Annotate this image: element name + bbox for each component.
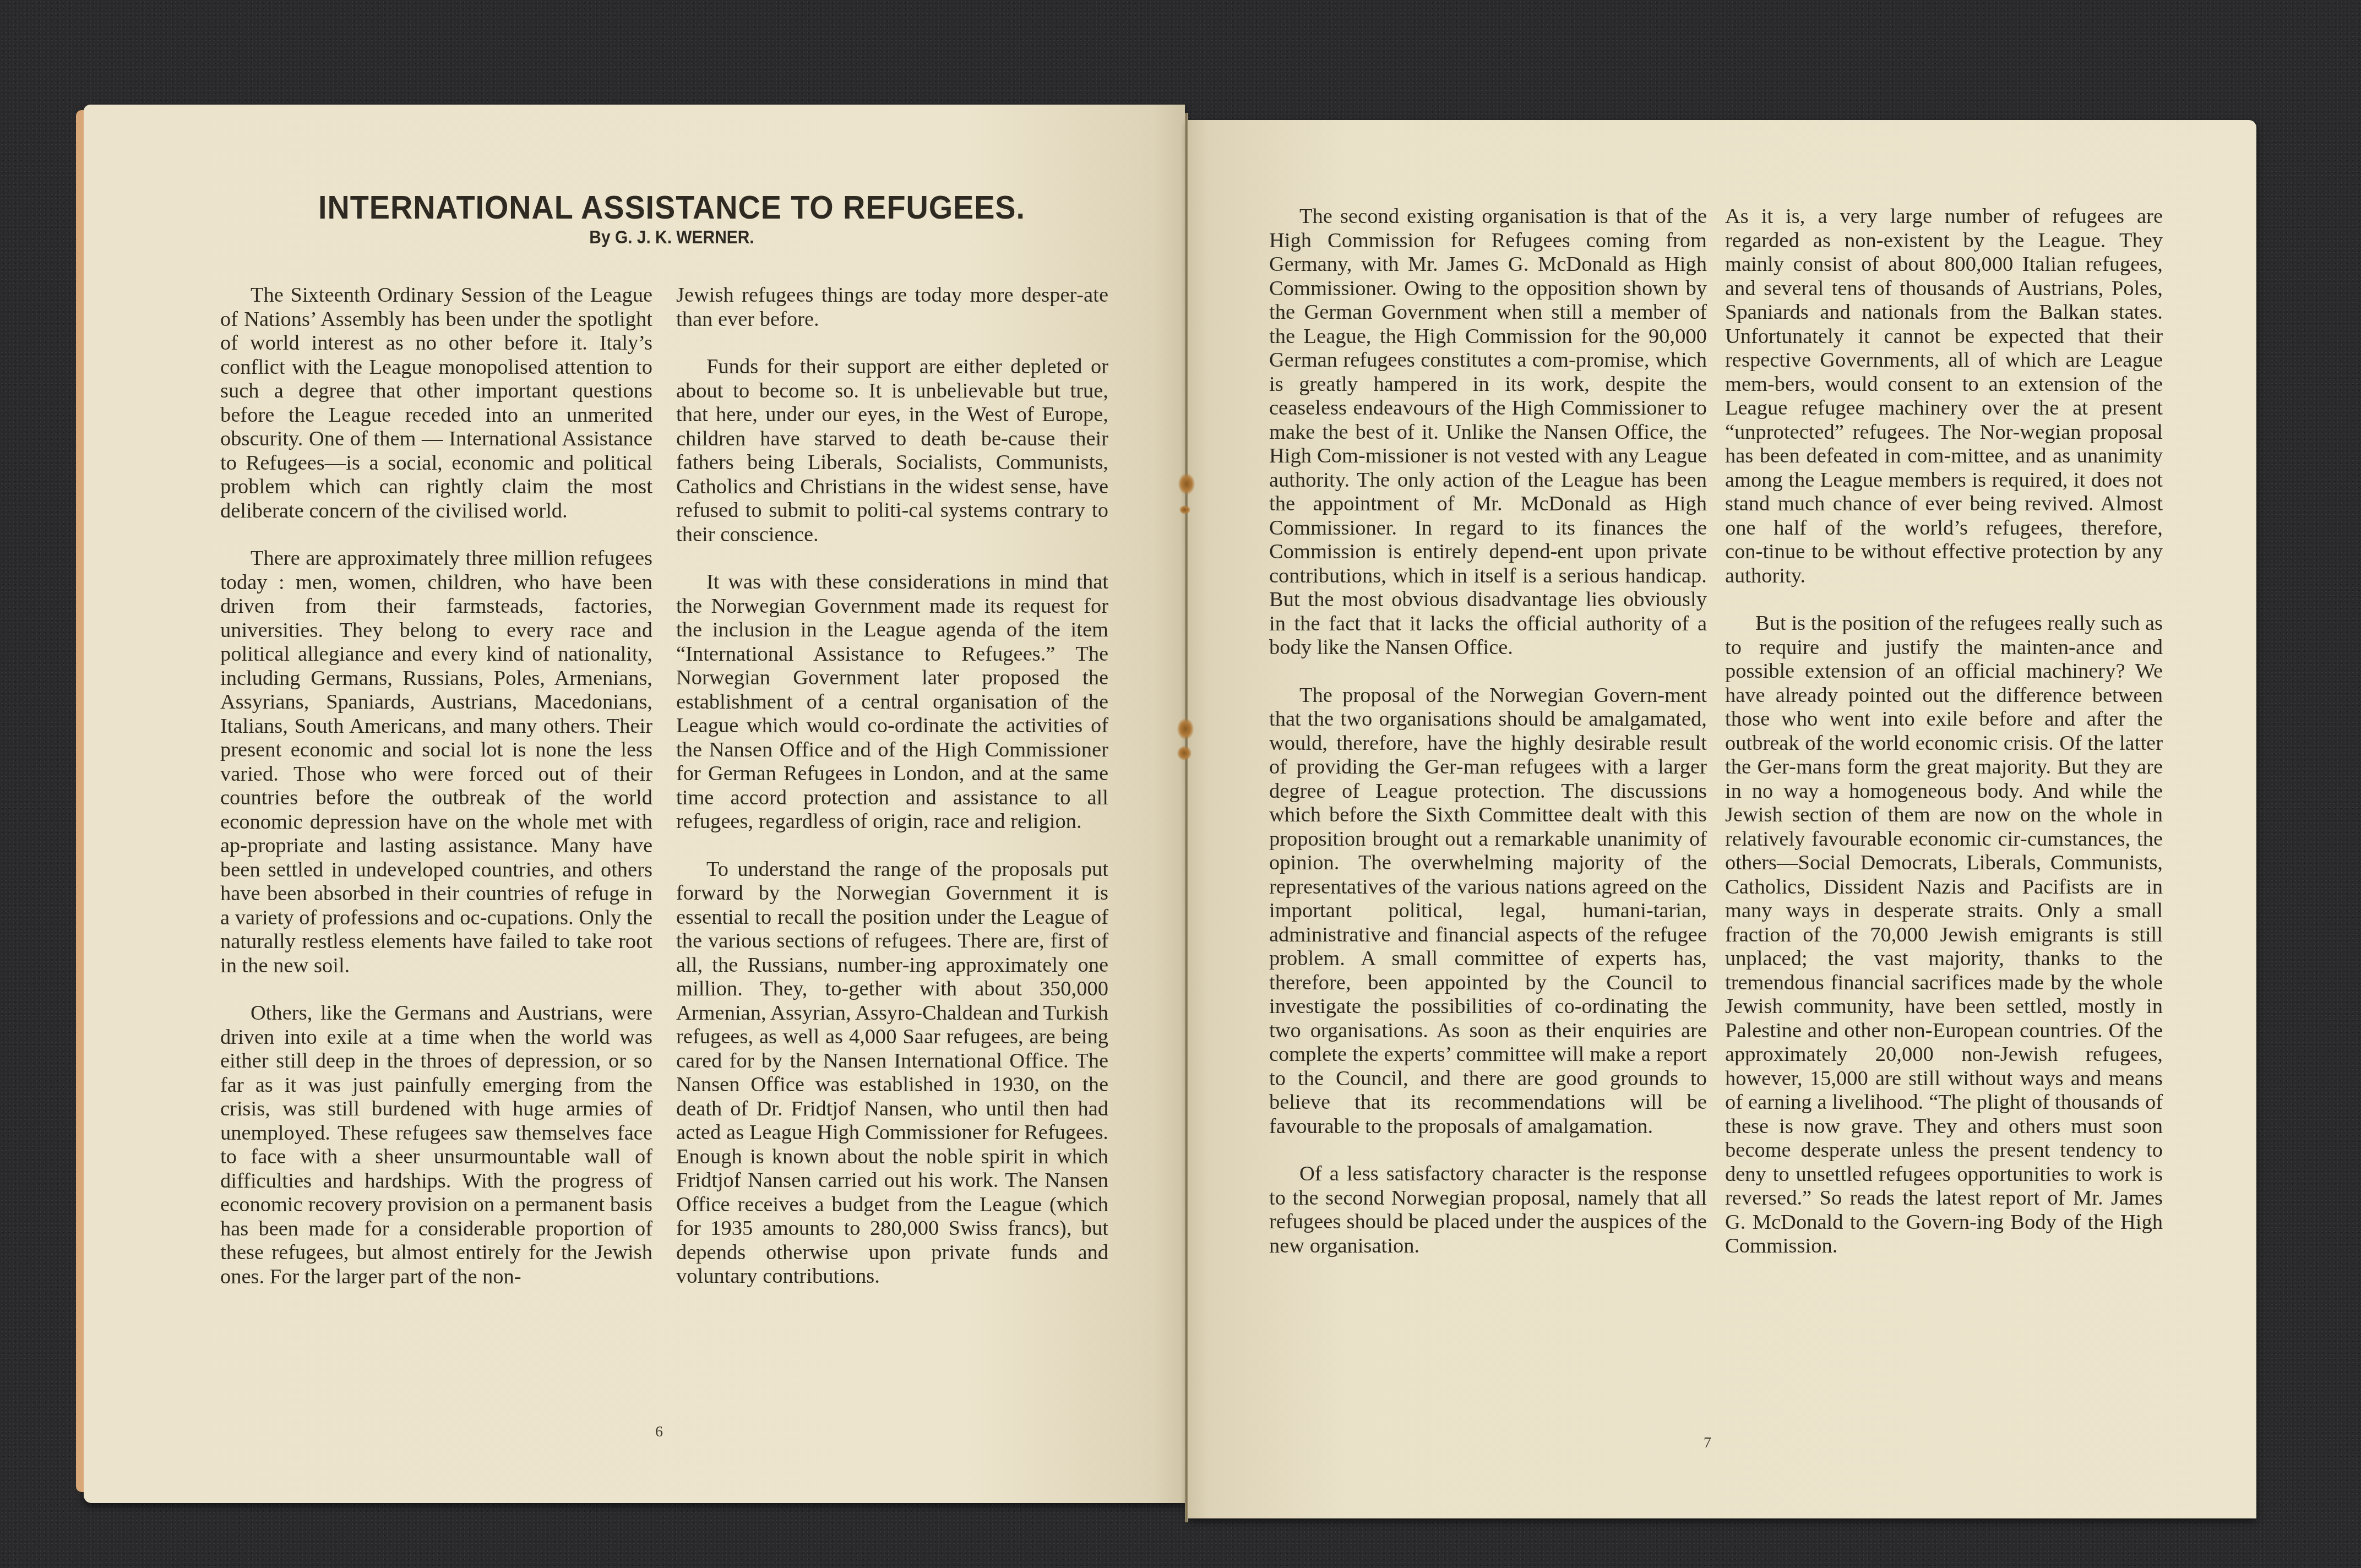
right-page-column-1: The second existing organisation is that… bbox=[1269, 205, 1707, 1258]
staple-mark-bottom bbox=[1177, 718, 1194, 739]
paragraph-continuation: As it is, a very large number of refugee… bbox=[1725, 205, 2163, 588]
paragraph: The Sixteenth Ordinary Session of the Le… bbox=[220, 284, 652, 523]
paragraph: There are approximately three million re… bbox=[220, 547, 652, 978]
paragraph: But is the position of the refugees real… bbox=[1725, 612, 2163, 1259]
article-title: INTERNATIONAL ASSISTANCE TO REFUGEES. bbox=[273, 188, 1071, 226]
left-page-column-2: Jewish refugees things are today more de… bbox=[676, 284, 1108, 1289]
staple-mark-top bbox=[1178, 473, 1195, 494]
page-number-right: 7 bbox=[1704, 1434, 1711, 1452]
book-spine bbox=[1185, 113, 1188, 1522]
paragraph-continuation: Jewish refugees things are today more de… bbox=[676, 284, 1108, 331]
paragraph: To understand the range of the proposals… bbox=[676, 858, 1108, 1289]
right-page-column-2: As it is, a very large number of refugee… bbox=[1725, 205, 2163, 1259]
paragraph: The second existing organisation is that… bbox=[1269, 205, 1707, 660]
paragraph: The proposal of the Norwegian Govern‑men… bbox=[1269, 684, 1707, 1139]
paragraph: Others, like the Germans and Austrians, … bbox=[220, 1001, 652, 1289]
paragraph: It was with these considerations in mind… bbox=[676, 570, 1108, 834]
page-number-left: 6 bbox=[655, 1423, 663, 1441]
paragraph: Funds for their support are either deple… bbox=[676, 355, 1108, 547]
staple-mark-small bbox=[1179, 505, 1190, 514]
paragraph: Of a less satisfactory character is the … bbox=[1269, 1162, 1707, 1258]
article-byline: By G. J. K. WERNER. bbox=[294, 227, 1050, 248]
staple-mark-bottom-2 bbox=[1177, 746, 1192, 760]
left-page-column-1: The Sixteenth Ordinary Session of the Le… bbox=[220, 284, 652, 1289]
